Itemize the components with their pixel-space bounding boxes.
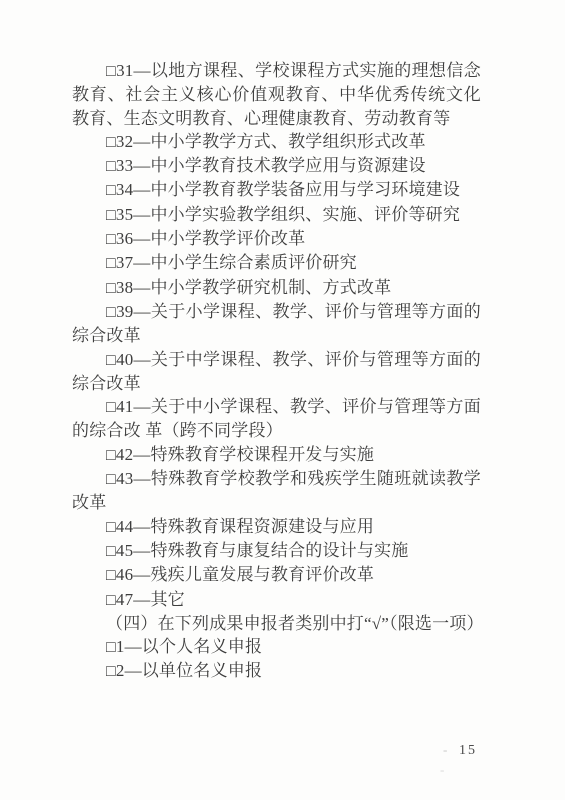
dash-separator: —: [133, 61, 150, 80]
item-number: 31: [116, 61, 133, 80]
item-number: 38: [116, 278, 133, 297]
item-label: 中小学教学评价改革: [150, 229, 305, 248]
checkbox-item: □40—关于中学课程、教学、评价与管理等方面的综合改革: [72, 348, 481, 396]
checkbox-icon[interactable]: □: [106, 304, 116, 321]
item-number: 42: [116, 445, 133, 464]
dash-separator: —: [133, 397, 150, 416]
item-label: 特殊教育与康复结合的设计与实施: [150, 541, 408, 560]
item-label: 中小学教学方式、教学组织形式改革: [150, 132, 425, 151]
item-label: 其它: [150, 590, 184, 609]
page-number: 15: [459, 743, 477, 759]
item-label: 中小学实验教学组织、实施、评价等研究: [150, 205, 460, 224]
dash-separator: —: [133, 229, 150, 248]
checkbox-icon[interactable]: □: [106, 399, 116, 416]
checkbox-item: □46—残疾儿童发展与教育评价改革: [72, 563, 481, 587]
checkbox-icon[interactable]: □: [106, 447, 116, 464]
item-number: 1: [116, 637, 125, 656]
checkbox-icon[interactable]: □: [106, 158, 116, 175]
dash-separator: —: [133, 469, 150, 488]
dash-separator: —: [133, 350, 150, 369]
checkbox-item: □32—中小学教学方式、教学组织形式改革: [72, 130, 481, 154]
checkbox-item: □44—特殊教育课程资源建设与应用: [72, 515, 481, 539]
checkbox-item: □45—特殊教育与康复结合的设计与实施: [72, 539, 481, 563]
item-number: 47: [116, 590, 133, 609]
checkbox-icon[interactable]: □: [106, 471, 116, 488]
reform-area-list: □31—以地方课程、学校课程方式实施的理想信念教育、社会主义核心价值观教育、中华…: [72, 59, 481, 612]
item-label: 中小学教育技术教学应用与资源建设: [150, 156, 425, 175]
checkbox-icon[interactable]: □: [106, 134, 116, 151]
dash-separator: —: [133, 541, 150, 560]
item-number: 34: [116, 180, 133, 199]
checkbox-item: □1—以个人名义申报: [72, 635, 481, 659]
dash-separator: —: [125, 661, 142, 680]
applicant-type-list: □1—以个人名义申报 □2—以单位名义申报: [72, 635, 481, 684]
section-four-heading: （四）在下列成果申报者类别中打“√”（限选一项）: [72, 612, 481, 635]
checkbox-icon[interactable]: □: [106, 255, 116, 272]
checkbox-item: □43—特殊教育学校教学和残疾学生随班就读教学改革: [72, 467, 481, 515]
checkbox-item: □36—中小学教学评价改革: [72, 227, 481, 251]
paper-sheet: □31—以地方课程、学校课程方式实施的理想信念教育、社会主义核心价值观教育、中华…: [0, 0, 565, 800]
checkbox-icon[interactable]: □: [106, 543, 116, 560]
checkbox-item: □38—中小学教学研究机制、方式改革: [72, 276, 481, 300]
checkbox-icon[interactable]: □: [106, 519, 116, 536]
item-number: 43: [116, 469, 133, 488]
item-label: 特殊教育课程资源建设与应用: [150, 517, 374, 536]
item-number: 39: [116, 302, 133, 321]
item-number: 33: [116, 156, 133, 175]
dash-separator: —: [133, 180, 150, 199]
item-label: 特殊教育学校课程开发与实施: [150, 445, 374, 464]
footer-lower-dash-mark: -: [440, 762, 444, 778]
checkbox-item: □47—其它: [72, 588, 481, 612]
checkbox-icon[interactable]: □: [106, 207, 116, 224]
checkbox-icon[interactable]: □: [106, 663, 116, 680]
checkbox-item: □42—特殊教育学校课程开发与实施: [72, 443, 481, 467]
checkbox-item: □39—关于小学课程、教学、评价与管理等方面的综合改革: [72, 300, 481, 348]
item-number: 45: [116, 541, 133, 560]
checkbox-icon[interactable]: □: [106, 231, 116, 248]
dash-separator: —: [133, 132, 150, 151]
checkbox-icon[interactable]: □: [106, 567, 116, 584]
item-label: 以个人名义申报: [142, 637, 262, 656]
checkbox-item: □34—中小学教育教学装备应用与学习环境建设: [72, 178, 481, 202]
item-number: 32: [116, 132, 133, 151]
dash-separator: —: [133, 253, 150, 272]
dash-separator: —: [133, 156, 150, 175]
checkbox-icon[interactable]: □: [106, 63, 116, 80]
item-number: 40: [116, 350, 133, 369]
dash-separator: —: [125, 637, 142, 656]
checkbox-icon[interactable]: □: [106, 639, 116, 656]
item-number: 44: [116, 517, 133, 536]
dash-separator: —: [133, 517, 150, 536]
item-number: 36: [116, 229, 133, 248]
checkbox-item: □41—关于中小学课程、教学、评价与管理等方面的综合改 革（跨不同学段）: [72, 395, 481, 443]
item-number: 2: [116, 661, 125, 680]
checkbox-icon[interactable]: □: [106, 280, 116, 297]
item-label: 以单位名义申报: [142, 661, 262, 680]
checkbox-icon[interactable]: □: [106, 592, 116, 609]
dash-separator: —: [133, 205, 150, 224]
item-label: 残疾儿童发展与教育评价改革: [150, 565, 374, 584]
document-page: { "page": { "paper_color": "#fdfdfc", "i…: [0, 0, 565, 800]
item-label: 中小学教育教学装备应用与学习环境建设: [150, 180, 460, 199]
checkbox-icon[interactable]: □: [106, 352, 116, 369]
dash-separator: —: [133, 590, 150, 609]
item-label: 中小学教学研究机制、方式改革: [150, 278, 391, 297]
checkbox-icon[interactable]: □: [106, 182, 116, 199]
item-number: 41: [116, 397, 133, 416]
checkbox-item: □2—以单位名义申报: [72, 659, 481, 683]
footer-dash-mark: -: [443, 742, 447, 758]
checkbox-item: □31—以地方课程、学校课程方式实施的理想信念教育、社会主义核心价值观教育、中华…: [72, 59, 481, 130]
dash-separator: —: [133, 302, 150, 321]
checkbox-item: □33—中小学教育技术教学应用与资源建设: [72, 154, 481, 178]
item-number: 46: [116, 565, 133, 584]
dash-separator: —: [133, 565, 150, 584]
item-label: 中小学生综合素质评价研究: [150, 253, 356, 272]
checkbox-item: □37—中小学生综合素质评价研究: [72, 251, 481, 275]
checkbox-item: □35—中小学实验教学组织、实施、评价等研究: [72, 203, 481, 227]
dash-separator: —: [133, 278, 150, 297]
item-number: 35: [116, 205, 133, 224]
item-number: 37: [116, 253, 133, 272]
document-body: □31—以地方课程、学校课程方式实施的理想信念教育、社会主义核心价值观教育、中华…: [72, 59, 481, 684]
dash-separator: —: [133, 445, 150, 464]
